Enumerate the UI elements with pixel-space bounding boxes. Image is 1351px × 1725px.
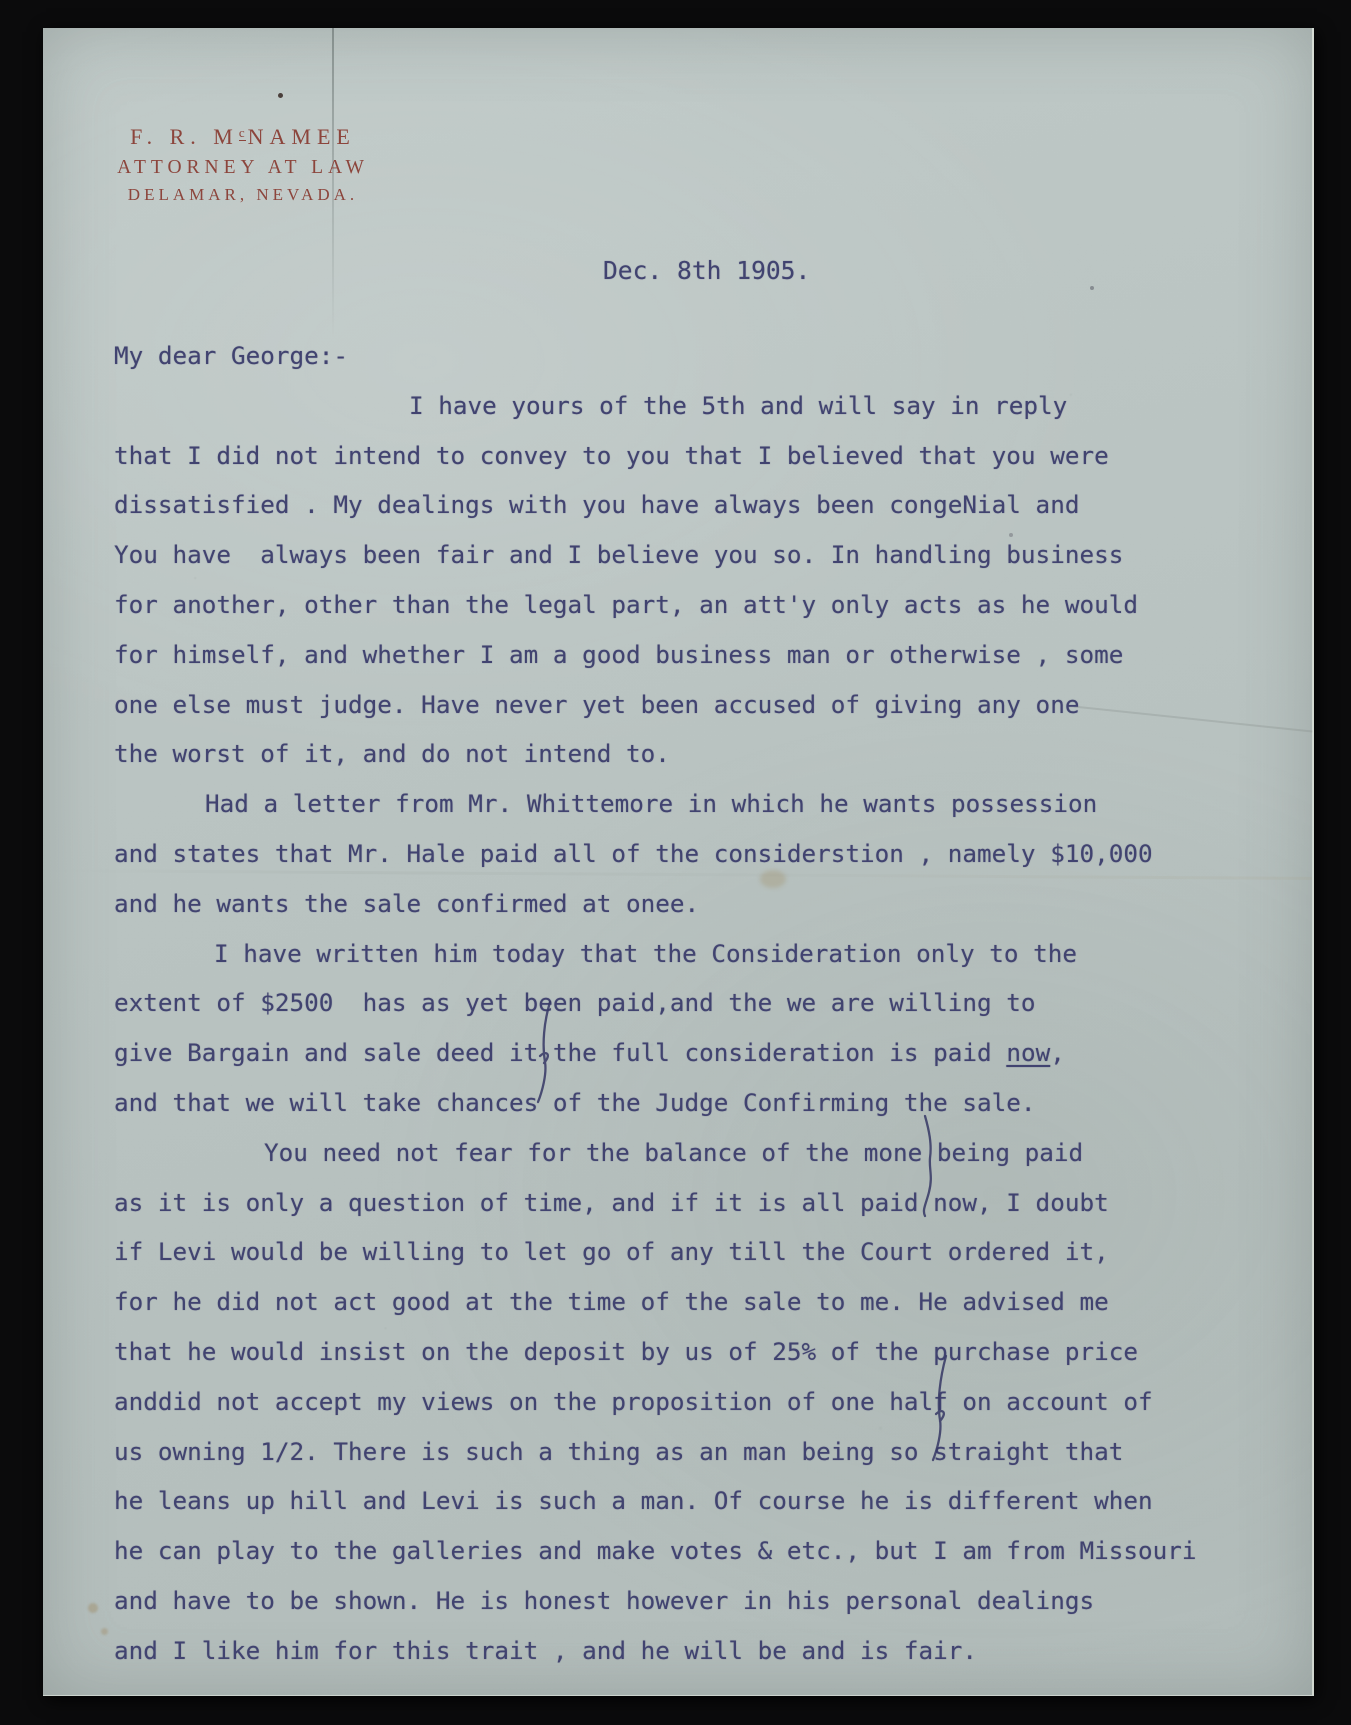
letter-line: if Levi would be willing to let go of an… (114, 1227, 1289, 1277)
letter-line: extent of $2500 has as yet been paid,and… (114, 978, 1289, 1028)
letter-line: anddid not accept my views on the propos… (114, 1377, 1289, 1427)
letter-line: give Bargain and sale deed it the full c… (114, 1028, 1289, 1078)
letterhead-name: F. R. McNAMEE (103, 124, 383, 150)
letter-line: he can play to the galleries and make vo… (114, 1526, 1289, 1576)
letter-line: that he would insist on the deposit by u… (114, 1327, 1289, 1377)
ink-speck (1090, 286, 1094, 290)
letter-line: and that we will take chances of the Jud… (114, 1078, 1289, 1128)
letter-line: Had a letter from Mr. Whittemore in whic… (114, 779, 1289, 829)
letterhead-title: ATTORNEY AT LAW (103, 157, 383, 179)
scan-background: F. R. McNAMEE ATTORNEY AT LAW DELAMAR, N… (0, 0, 1351, 1725)
letter-line: for he did not act good at the time of t… (114, 1277, 1289, 1327)
letterhead-name-pre: F. R. M (130, 124, 239, 149)
letterhead-name-post: NAMEE (248, 124, 356, 149)
letter-line: You need not fear for the balance of the… (114, 1128, 1289, 1178)
letter-line: the worst of it, and do not intend to. (114, 729, 1289, 779)
letter-line: dissatisfied . My dealings with you have… (114, 480, 1289, 530)
letter-line: I have yours of the 5th and will say in … (114, 381, 1289, 431)
letter-line: that I did not intend to convey to you t… (114, 431, 1289, 481)
salutation: My dear George:- (114, 331, 1289, 381)
date-line: Dec. 8th 1905. (603, 256, 810, 285)
letter-line: You have always been fair and I believe … (114, 530, 1289, 580)
letterhead-address: DELAMAR, NEVADA. (103, 185, 383, 205)
letter-line: and have to be shown. He is honest howev… (114, 1576, 1289, 1626)
letter-line: he leans up hill and Levi is such a man.… (114, 1476, 1289, 1526)
paper-stain (88, 1603, 98, 1613)
ink-speck (278, 93, 283, 98)
letter-body: My dear George:- I have yours of the 5th… (114, 331, 1289, 1676)
letter-line: and he wants the sale confirmed at onee. (114, 879, 1289, 929)
letter-line: us owning 1/2. There is such a thing as … (114, 1427, 1289, 1477)
letter-page: F. R. McNAMEE ATTORNEY AT LAW DELAMAR, N… (43, 28, 1314, 1696)
letter-line: and I like him for this trait , and he w… (114, 1626, 1289, 1676)
letter-line: and states that Mr. Hale paid all of the… (114, 829, 1289, 879)
letter-line: one else must judge. Have never yet been… (114, 680, 1289, 730)
letter-line: as it is only a question of time, and if… (114, 1178, 1289, 1228)
letter-line: I have written him today that the Consid… (114, 929, 1289, 979)
letterhead-superscript-c: c (239, 125, 246, 141)
letter-line: for another, other than the legal part, … (114, 580, 1289, 630)
letterhead: F. R. McNAMEE ATTORNEY AT LAW DELAMAR, N… (103, 124, 383, 205)
paper-stain (101, 1628, 108, 1635)
letter-line: for himself, and whether I am a good bus… (114, 630, 1289, 680)
